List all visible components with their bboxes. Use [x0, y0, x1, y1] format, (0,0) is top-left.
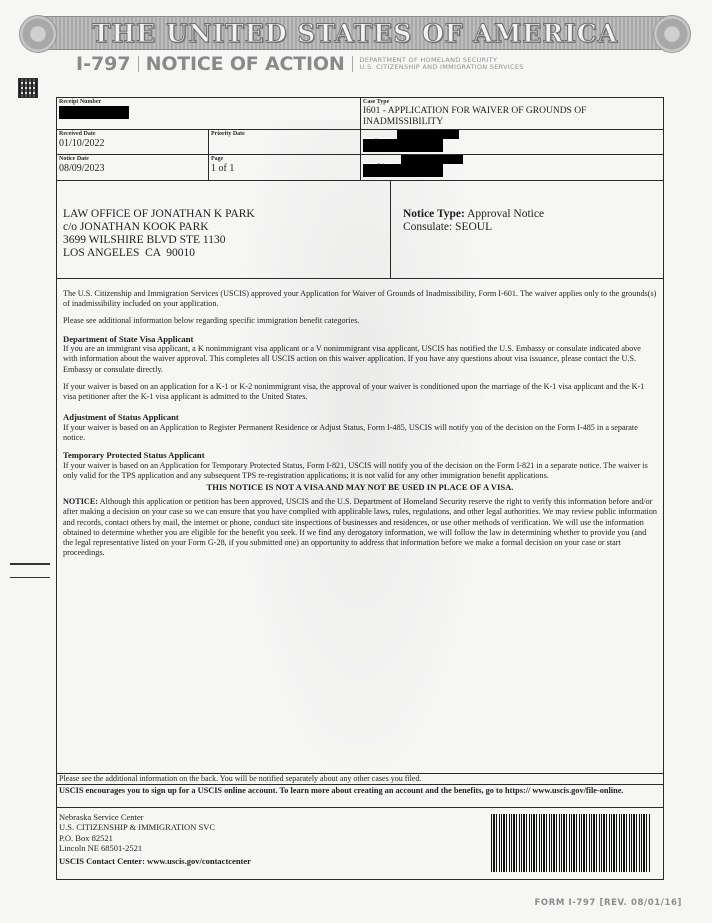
- field-label: Received Date: [59, 130, 206, 138]
- additional-info-line: Please see the additional information on…: [57, 774, 663, 785]
- agency-name: DEPARTMENT OF HOMELAND SECURITY U.S. CIT…: [360, 57, 524, 71]
- divider: [138, 56, 139, 72]
- priority-date-field: Priority Date: [209, 130, 360, 154]
- form-heading: I-797 NOTICE OF ACTION DEPARTMENT OF HOM…: [76, 54, 524, 74]
- aos-section: Adjustment of Status Applicant If your w…: [63, 412, 657, 443]
- header-banner: THE UNITED STATES OF AMERICA: [22, 16, 688, 50]
- divider: [352, 56, 353, 72]
- form-title: NOTICE OF ACTION: [146, 53, 345, 75]
- field-label: Case Type: [363, 98, 661, 106]
- margin-mark-line: [10, 577, 50, 579]
- notice-type-value: Approval Notice: [467, 208, 544, 220]
- body-paragraph: Please see additional information below …: [63, 316, 657, 326]
- address-line: c/o JONATHAN KOOK PARK: [63, 221, 390, 234]
- body-paragraph: The U.S. Citizenship and Immigration Ser…: [63, 289, 657, 309]
- field-label: Receipt Number: [59, 98, 358, 106]
- margin-mark-line: [10, 563, 50, 565]
- qr-code-icon: [18, 78, 38, 98]
- dos-section: Department of State Visa Applicant If yo…: [63, 334, 657, 375]
- notice-type-section: Notice Type: Approval Notice Consulate: …: [391, 181, 663, 278]
- body-paragraph: If your waiver is based on an applicatio…: [63, 382, 657, 402]
- notice-body: The U.S. Citizenship and Immigration Ser…: [57, 279, 663, 774]
- notice-label: NOTICE:: [63, 497, 98, 506]
- redacted-receipt-number: [59, 106, 129, 119]
- receipt-number-field: Receipt Number: [57, 98, 360, 130]
- online-account-line: USCIS encourages you to sign up for a US…: [57, 785, 663, 808]
- address-section: LAW OFFICE OF JONATHAN K PARK c/o JONATH…: [57, 181, 663, 279]
- address-line: LOS ANGELES CA 90010: [63, 247, 390, 260]
- notice-paragraph: NOTICE: Although this application or pet…: [63, 497, 657, 558]
- service-center-section: Nebraska Service Center U.S. CITIZENSHIP…: [57, 808, 663, 879]
- field-label: Priority Date: [211, 130, 358, 138]
- notice-date-field: Notice Date 08/09/2023: [57, 155, 209, 180]
- page-field: Page 1 of 1: [209, 155, 360, 180]
- redacted-beneficiary: [363, 164, 443, 177]
- barcode-icon: [491, 814, 651, 872]
- address-line: LAW OFFICE OF JONATHAN K PARK: [63, 208, 390, 221]
- notice-type-label: Notice Type:: [403, 208, 465, 220]
- field-value: 01/10/2022: [59, 138, 206, 149]
- notice-text: Although this application or petition ha…: [63, 497, 657, 557]
- applicant-field: Applicant: [361, 130, 663, 155]
- field-label: Notice Date: [59, 155, 206, 163]
- tps-section: Temporary Protected Status Applicant If …: [63, 450, 657, 481]
- rosette-icon: [19, 15, 57, 53]
- not-a-visa-warning: THIS NOTICE IS NOT A VISA AND MAY NOT BE…: [63, 482, 657, 492]
- banner-title: THE UNITED STATES OF AMERICA: [92, 19, 618, 48]
- section-heading: Temporary Protected Status Applicant: [63, 450, 657, 461]
- redacted-beneficiary: [401, 155, 463, 164]
- notice-form: Receipt Number Received Date 01/10/2022 …: [56, 97, 664, 880]
- section-heading: Department of State Visa Applicant: [63, 334, 657, 345]
- section-text: If your waiver is based on an Applicatio…: [63, 461, 657, 481]
- received-date-field: Received Date 01/10/2022: [57, 130, 209, 154]
- field-value: 08/09/2023: [59, 163, 206, 174]
- section-text: If you are an immigrant visa applicant, …: [63, 344, 657, 375]
- field-value: 1 of 1: [211, 163, 358, 174]
- section-heading: Adjustment of Status Applicant: [63, 412, 657, 423]
- form-revision-code: FORM I-797 [REV. 08/01/16]: [535, 898, 682, 908]
- address-line: 3699 WILSHIRE BLVD STE 1130: [63, 234, 390, 247]
- case-info-grid: Receipt Number Received Date 01/10/2022 …: [57, 98, 663, 181]
- redacted-applicant: [363, 139, 443, 152]
- field-value: I601 - APPLICATION FOR WAIVER OF GROUNDS…: [363, 106, 661, 127]
- case-type-field: Case Type I601 - APPLICATION FOR WAIVER …: [361, 98, 663, 130]
- margin-marks: [10, 563, 50, 590]
- mailing-address: LAW OFFICE OF JONATHAN K PARK c/o JONATH…: [57, 181, 391, 278]
- agency-line-2: U.S. CITIZENSHIP AND IMMIGRATION SERVICE…: [360, 64, 524, 71]
- consulate: Consulate: SEOUL: [403, 221, 663, 234]
- section-text: If your waiver is based on an Applicatio…: [63, 423, 657, 443]
- redacted-applicant: [397, 130, 459, 139]
- form-number: I-797: [76, 53, 131, 75]
- beneficiary-field: Beneficiary: [361, 155, 663, 180]
- field-label: Page: [211, 155, 358, 163]
- rosette-icon: [653, 15, 691, 53]
